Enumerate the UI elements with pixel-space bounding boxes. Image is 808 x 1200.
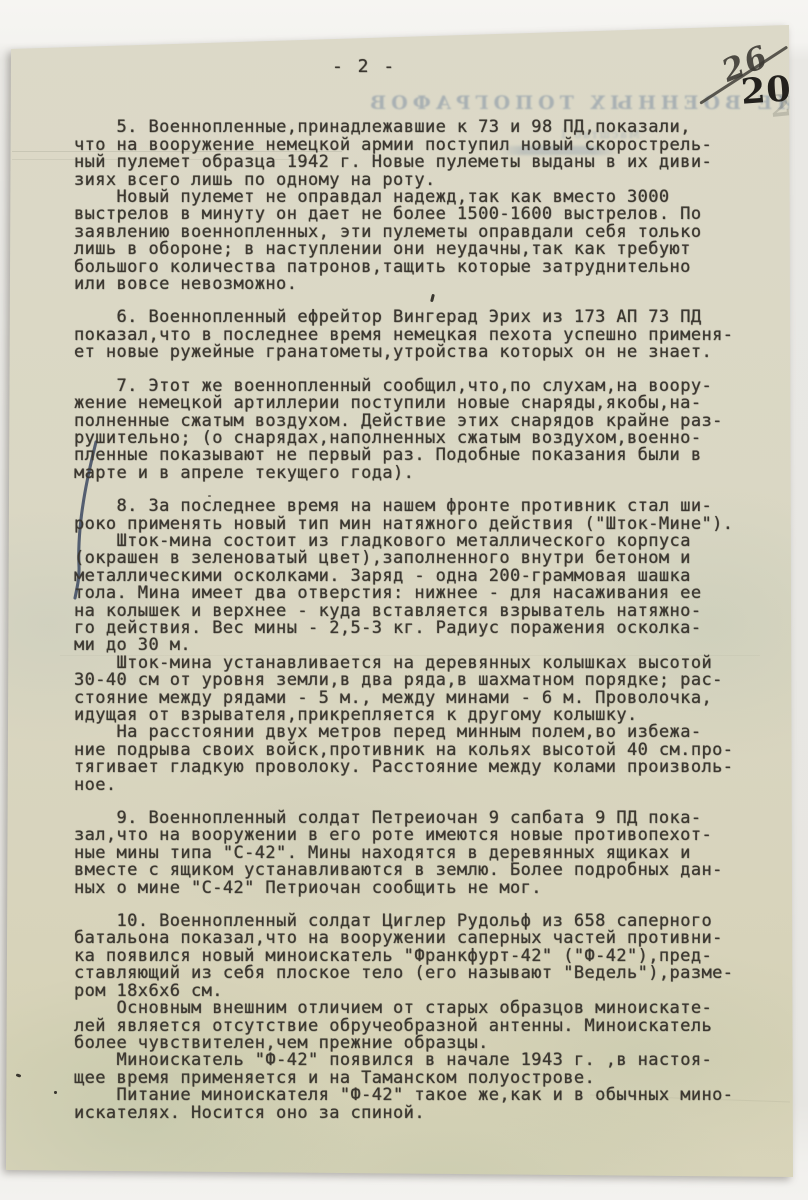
scanned-document-photo: НИЕ ВОЕННЫХ ТОПОГРАФОВ Масштаб 1 26 20 2… bbox=[0, 0, 808, 1200]
typed-paragraph-8: 8. За последнее время на нашем фронте пр… bbox=[74, 498, 780, 794]
typed-paragraph-7: 7. Этот же военнопленный сообщил,что,по … bbox=[74, 378, 780, 482]
typed-text-block: - 2 - 5. Военнопленные,принадлежавшие к … bbox=[74, 58, 780, 1122]
typed-paragraph-9: 9. Военнопленный солдат Петреиочан 9 сап… bbox=[74, 810, 780, 897]
typed-paragraph-5: 5. Военнопленные,принадлежавшие к 73 и 9… bbox=[74, 119, 780, 293]
typed-paragraph-10: 10. Военнопленный солдат Циглер Рудольф … bbox=[74, 913, 780, 1122]
typed-paragraph-6: 6. Военнопленный ефрейтор Вингерад Эрих … bbox=[74, 309, 780, 361]
ink-speck bbox=[16, 1073, 22, 1077]
ink-speck bbox=[54, 1091, 57, 1094]
ink-speck bbox=[208, 495, 211, 497]
page-number: - 2 - bbox=[332, 58, 780, 75]
document-page: НИЕ ВОЕННЫХ ТОПОГРАФОВ Масштаб 1 26 20 2… bbox=[0, 0, 808, 1200]
